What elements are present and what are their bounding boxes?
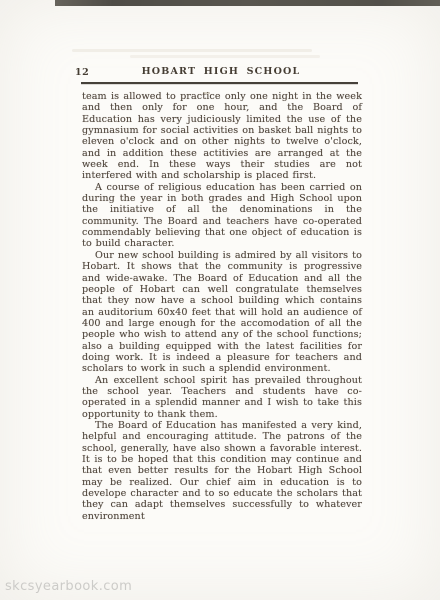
page-title: HOBART HIGH SCHOOL (82, 66, 360, 77)
body-paragraph: An excellent school spirit has prevailed… (82, 375, 362, 420)
watermark: skcsyearbook.com (5, 579, 132, 594)
body-paragraph: A course of religious education has been… (82, 182, 362, 250)
scanned-yearbook-page: 12 HOBART HIGH SCHOOL team is allowed to… (0, 0, 440, 600)
body-paragraph: The Board of Education has manifested a … (82, 420, 362, 522)
body-paragraph: Our new school building is admired by al… (82, 250, 362, 375)
ink-bleed-artifact (72, 49, 312, 52)
scan-edge-artifact (55, 0, 440, 6)
body-paragraph: team is allowed to practice only one nig… (82, 91, 362, 182)
ink-bleed-artifact (130, 55, 320, 58)
header-rule (81, 82, 358, 84)
page-body: team is allowed to practice only one nig… (82, 91, 362, 522)
